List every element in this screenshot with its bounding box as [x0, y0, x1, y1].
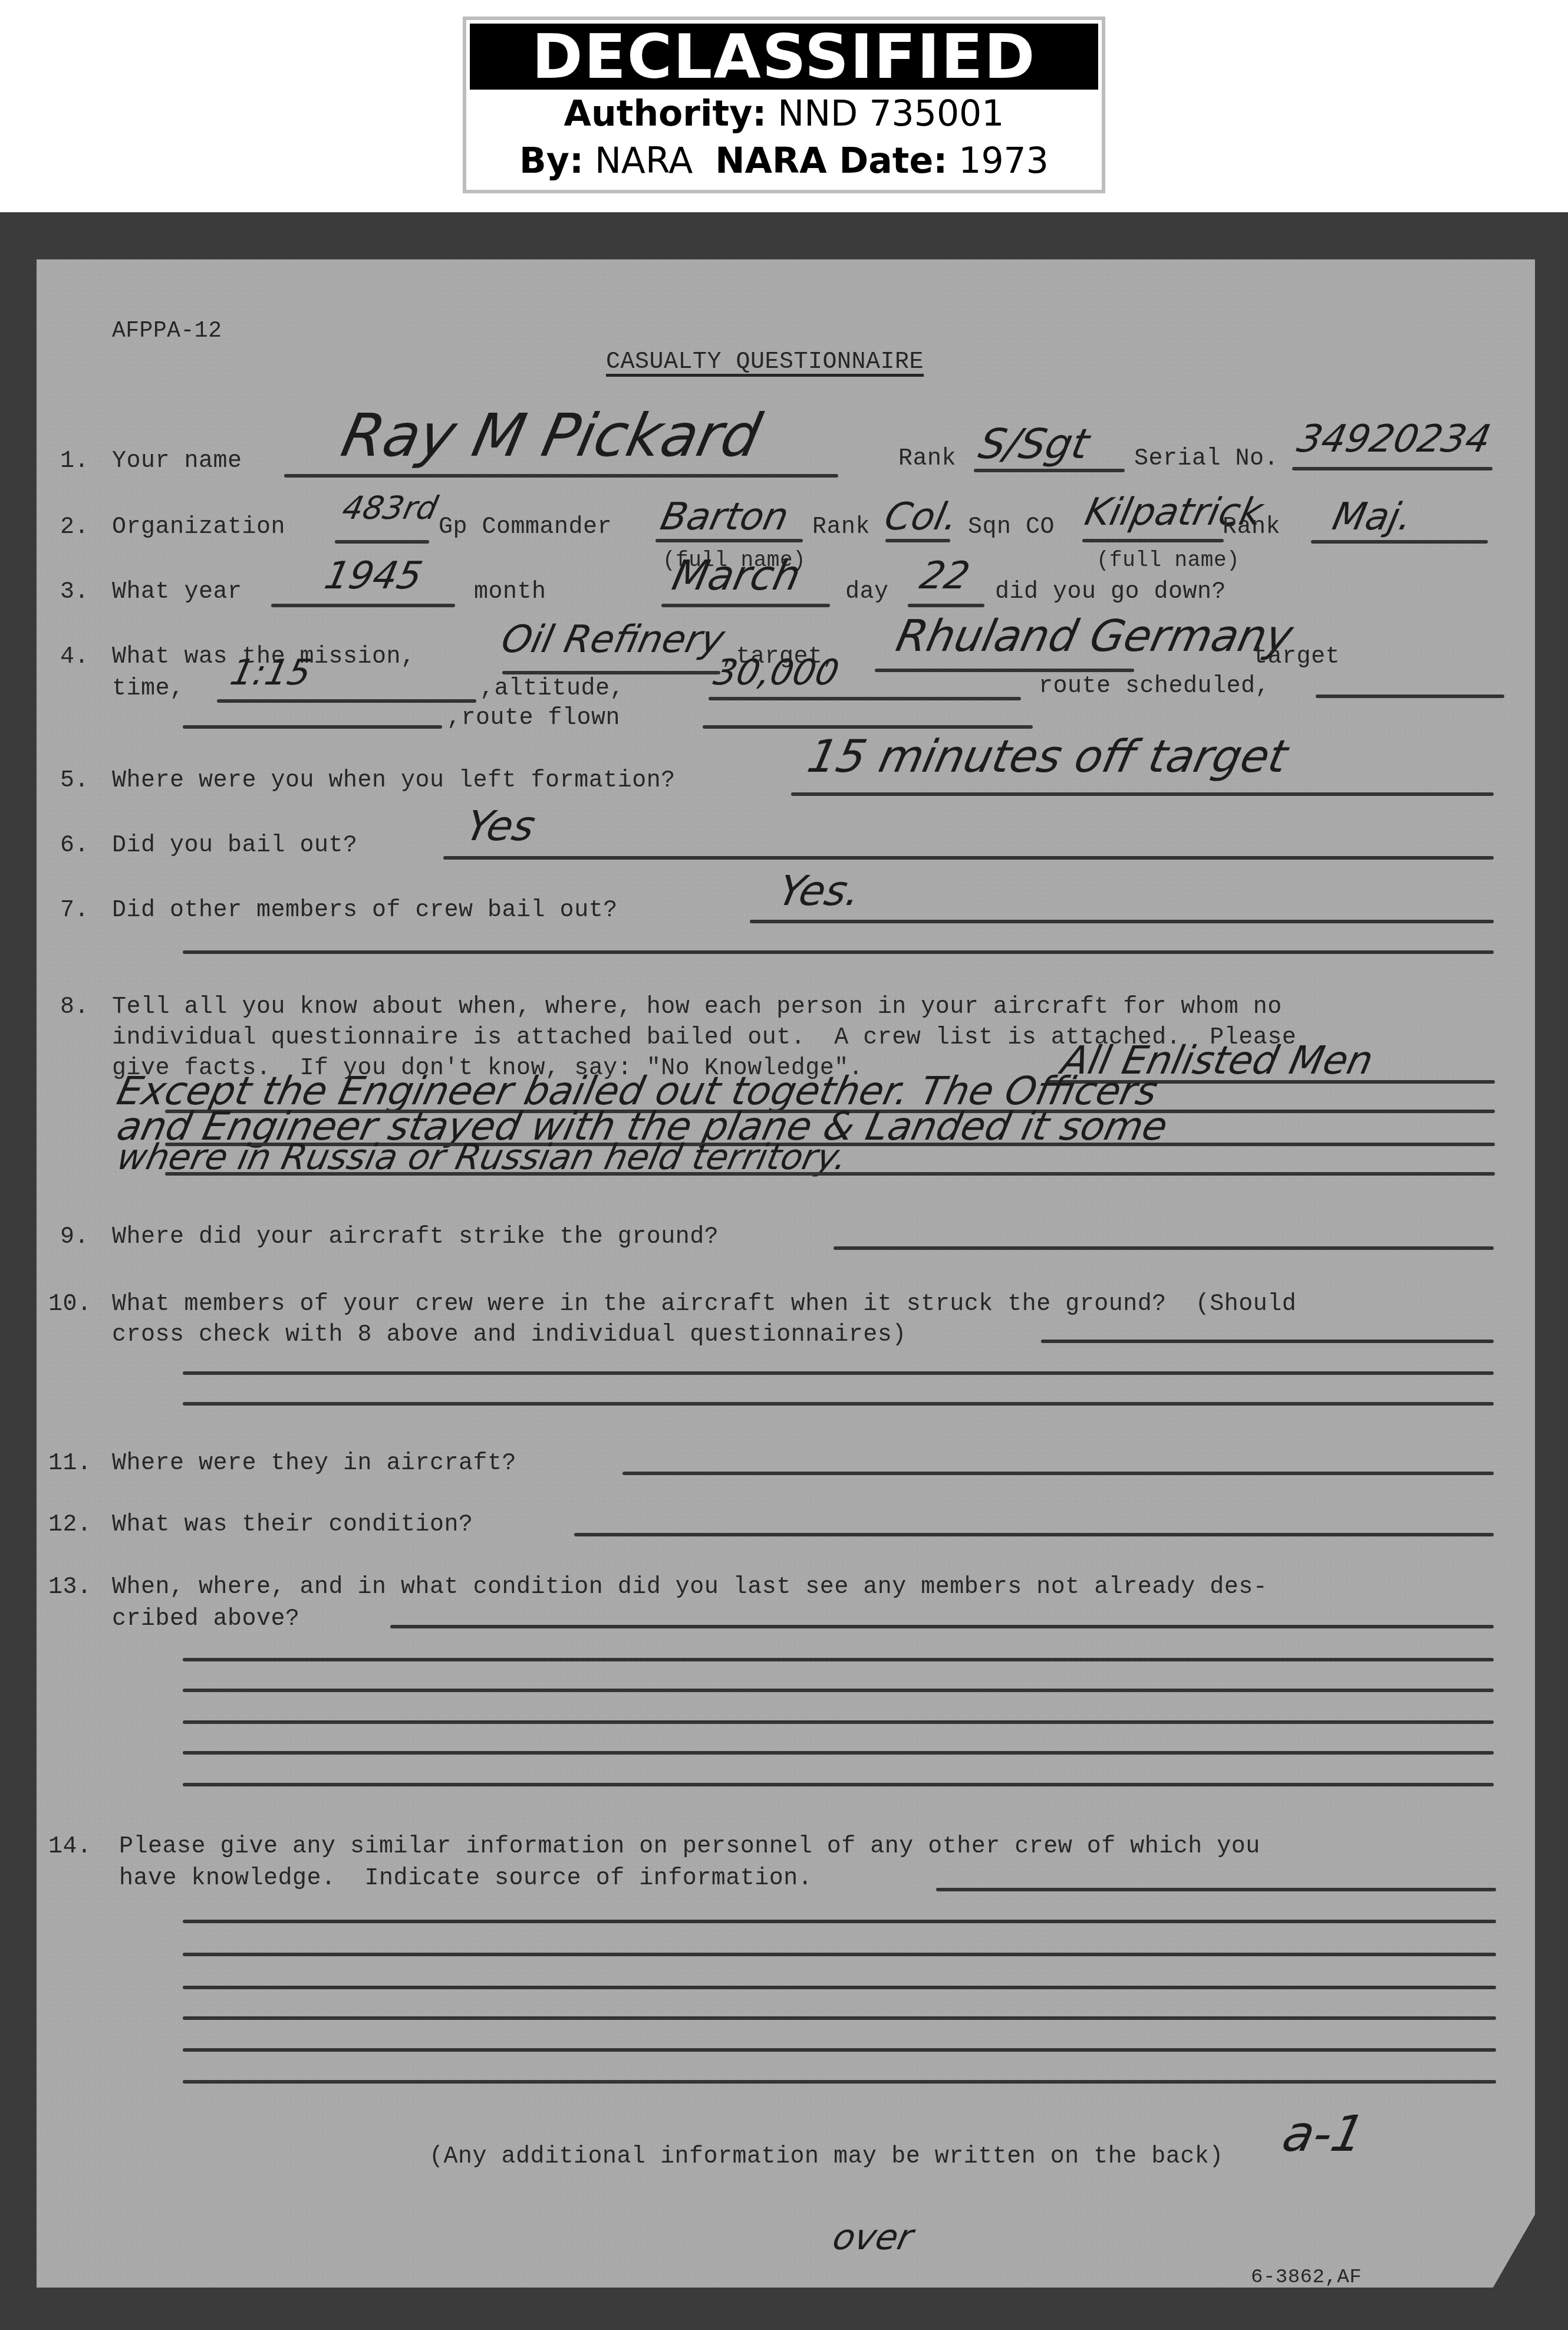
q2-gp-cmdr-line — [655, 539, 803, 542]
q14-answer-line-4 — [183, 1986, 1496, 1989]
q14-answer-line-6 — [183, 2048, 1496, 2052]
q5-answer: 15 minutes off target — [803, 730, 1293, 782]
authority-value: NND 735001 — [778, 93, 1004, 134]
q1-name-label: Your name — [112, 448, 242, 475]
q1-rank-value: S/Sgt — [974, 420, 1093, 468]
q14-answer-line-1 — [936, 1888, 1496, 1891]
q4-time-value: 1:15 — [227, 652, 315, 693]
q5-label: Where were you when you left formation? — [112, 768, 676, 794]
q2-rank2-line — [1311, 540, 1488, 544]
q3-month-value: March — [668, 551, 805, 600]
q14-answer-line-2 — [183, 1920, 1496, 1923]
q13-answer-line-6 — [183, 1783, 1494, 1786]
by-value: NARA — [595, 140, 693, 182]
q10-answer-line-3 — [183, 1402, 1494, 1406]
q2-number: 2. — [60, 514, 89, 541]
q5-number: 5. — [60, 768, 89, 794]
q12-label: What was their condition? — [112, 1512, 473, 1538]
q2-org-line — [335, 540, 429, 544]
q7-answer-line — [750, 920, 1494, 923]
q13-answer-line-4 — [183, 1720, 1494, 1724]
q11-number: 11. — [48, 1450, 92, 1477]
q3-day-label: day — [845, 579, 889, 605]
q1-name-value: Ray M Pickard — [336, 401, 767, 470]
q7-number: 7. — [60, 897, 89, 924]
q9-number: 9. — [60, 1224, 89, 1250]
stamp-authority: Authority: NND 735001 — [466, 93, 1102, 134]
q13-label-line1: When, where, and in what condition did y… — [112, 1574, 1267, 1601]
q5-answer-line — [791, 792, 1494, 796]
q1-serial-line — [1292, 467, 1493, 470]
q3-day-line — [908, 604, 984, 607]
q12-answer-line — [574, 1533, 1494, 1536]
q7-label: Did other members of crew bail out? — [112, 897, 618, 924]
q4-altitude-label: ,altitude, — [480, 676, 624, 702]
over-note: over — [829, 2217, 917, 2258]
q10-label-line1: What members of your crew were in the ai… — [112, 1291, 1296, 1318]
q9-answer-line — [834, 1246, 1494, 1250]
q6-answer-line — [443, 856, 1494, 860]
q4-route-flown-line — [703, 725, 1033, 729]
q13-answer-line-3 — [183, 1689, 1494, 1692]
q9-label: Where did your aircraft strike the groun… — [112, 1224, 719, 1250]
q3-suffix: did you go down? — [995, 579, 1226, 605]
q4-target-value: Rhuland Germany — [892, 611, 1297, 662]
q4-time-label: time, — [112, 676, 185, 702]
page-mark: a-1 — [1278, 2105, 1370, 2163]
q1-serial-label: Serial No. — [1134, 446, 1279, 472]
q11-label: Where were they in aircraft? — [112, 1450, 516, 1477]
q10-number: 10. — [48, 1291, 92, 1318]
q3-month-line — [661, 604, 830, 607]
q7-answer-line-2 — [183, 950, 1494, 954]
q13-number: 13. — [48, 1574, 92, 1601]
q4-number: 4. — [60, 644, 89, 670]
q1-name-line — [284, 474, 838, 478]
q1-serial-value: 34920234 — [1293, 417, 1494, 461]
date-value: 1973 — [958, 140, 1049, 182]
q4-time-line — [217, 699, 476, 703]
q8-line-4 — [165, 1172, 1495, 1176]
q4-route-scheduled-line-2 — [183, 725, 442, 729]
q2-sqn-co-hint: (full name) — [1096, 548, 1240, 572]
q13-answer-line-2 — [183, 1658, 1494, 1661]
stamp-by-date: By: NARA NARA Date: 1973 — [466, 140, 1102, 182]
q1-rank-label-text: Rank — [898, 446, 956, 472]
by-label: By: — [519, 140, 584, 182]
authority-label: Authority: — [564, 93, 767, 134]
q14-answer-line-5 — [183, 2016, 1496, 2020]
form-title: CASUALTY QUESTIONNAIRE — [606, 349, 924, 376]
q14-label-line2: have knowledge. Indicate source of infor… — [119, 1865, 812, 1892]
q2-sqn-co-line — [1082, 539, 1224, 542]
q4-route-scheduled-label: route scheduled, — [1039, 673, 1270, 700]
q14-number: 14. — [48, 1834, 92, 1860]
declassified-stamp: DECLASSIFIED Authority: NND 735001 By: N… — [463, 17, 1105, 193]
form-paper: AFPPA-12 CASUALTY QUESTIONNAIRE 1. Your … — [37, 259, 1535, 2288]
q3-year-line — [271, 604, 455, 607]
q1-number: 1. — [60, 448, 89, 475]
q3-year-label: What year — [112, 579, 242, 605]
q2-org-label: Organization — [112, 514, 285, 541]
stamp-heading: DECLASSIFIED — [470, 24, 1098, 90]
q6-answer: Yes — [462, 802, 539, 850]
footer-note: (Any additional information may be writt… — [429, 2144, 1224, 2170]
q2-rank-label: Rank — [812, 514, 870, 541]
q3-number: 3. — [60, 579, 89, 605]
q8-number: 8. — [60, 994, 89, 1021]
q2-sqn-co-label: Sqn CO — [968, 514, 1055, 541]
form-number: 6-3862,AF — [1251, 2266, 1362, 2289]
q4-mission-line — [502, 671, 720, 674]
q12-number: 12. — [48, 1512, 92, 1538]
date-label: NARA Date: — [715, 140, 947, 182]
q10-answer-line-1 — [1041, 1340, 1494, 1343]
q4-altitude-line — [709, 697, 1021, 700]
q14-answer-line-3 — [183, 1953, 1496, 1956]
q8-label-line1: Tell all you know about when, where, how… — [112, 994, 1282, 1021]
q4-target-time-label: target — [1253, 644, 1340, 670]
q4-altitude-value: 30,000 — [710, 652, 843, 693]
q13-answer-line-5 — [183, 1751, 1494, 1755]
q2-gp-cmdr-value: Barton — [657, 495, 792, 539]
q3-month-label: month — [474, 579, 546, 605]
q14-answer-line-7 — [183, 2080, 1496, 2084]
q4-route-scheduled-line — [1316, 695, 1504, 698]
q2-org-value: 483rd — [339, 489, 441, 526]
q1-rank-line — [974, 469, 1125, 472]
q3-year-value: 1945 — [321, 554, 426, 598]
q4-target-line — [875, 669, 1134, 672]
q3-day-value: 22 — [916, 554, 973, 598]
q2-sqn-co-rank: Maj. — [1329, 495, 1416, 539]
q13-answer-line-1 — [390, 1625, 1494, 1628]
q2-gp-cmdr-label: Gp Commander — [439, 514, 612, 541]
q2-rank2-label: Rank — [1223, 514, 1280, 541]
q2-gp-cmdr-rank: Col. — [881, 495, 962, 539]
form-id: AFPPA-12 — [112, 318, 222, 344]
q13-label-line2: cribed above? — [112, 1606, 300, 1633]
q7-answer: Yes. — [774, 867, 865, 915]
q10-answer-line-2 — [183, 1371, 1494, 1375]
q11-answer-line — [622, 1472, 1494, 1475]
scanned-document: AFPPA-12 CASUALTY QUESTIONNAIRE 1. Your … — [0, 212, 1568, 2330]
q10-label-line2: cross check with 8 above and individual … — [112, 1322, 907, 1348]
q14-label-line1: Please give any similar information on p… — [119, 1834, 1260, 1860]
q4-mission-value: Oil Refinery — [498, 618, 728, 662]
q6-number: 6. — [60, 832, 89, 859]
q4-route-flown-label: ,route flown — [447, 705, 620, 732]
q2-rank-line — [885, 539, 950, 542]
q6-label: Did you bail out? — [112, 832, 358, 859]
